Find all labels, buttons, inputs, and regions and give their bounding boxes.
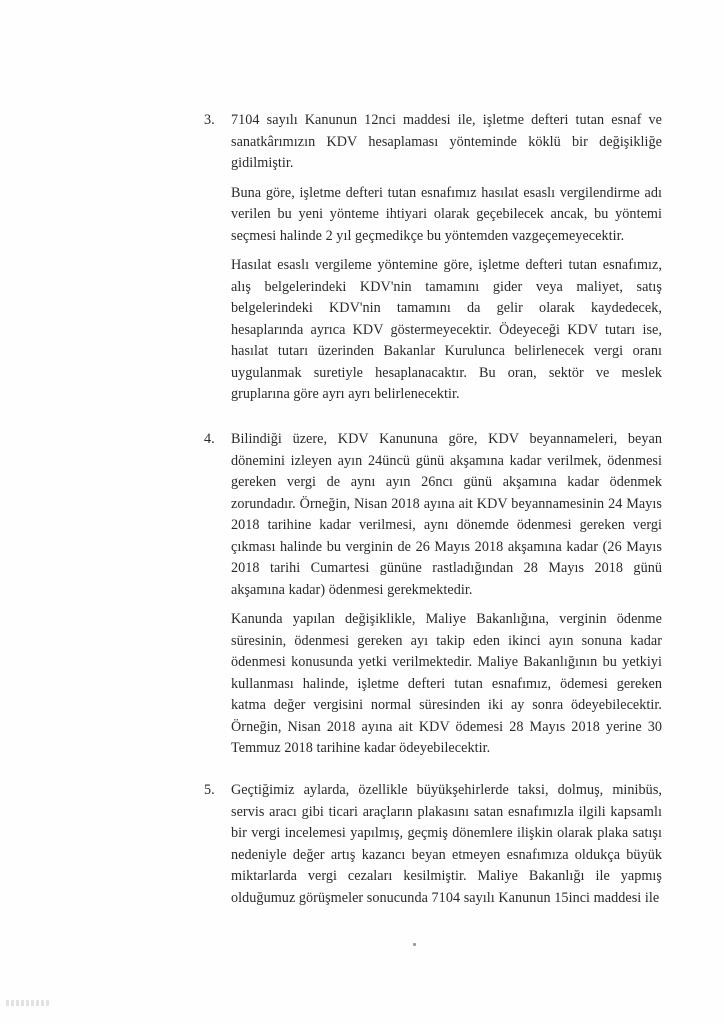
item-number: 5. <box>204 780 215 802</box>
paragraph: Kanunda yapılan değişiklikle, Maliye Bak… <box>231 609 662 760</box>
paragraph: Buna göre, işletme defteri tutan esnafım… <box>231 183 662 248</box>
item-number: 4. <box>204 429 215 451</box>
paragraph: Hasılat esaslı vergileme yöntemine göre,… <box>231 255 662 406</box>
scan-footer-mark <box>6 1000 50 1006</box>
paragraph: Geçtiğimiz aylarda, özellikle büyükşehir… <box>231 780 662 909</box>
paragraph: Bilindiği üzere, KDV Kanununa göre, KDV … <box>231 429 662 601</box>
paragraph: 7104 sayılı Kanunun 12nci maddesi ile, i… <box>231 110 662 175</box>
scan-speck <box>413 943 416 946</box>
item-number: 3. <box>204 110 215 132</box>
document-page: 3. 7104 sayılı Kanunun 12nci maddesi ile… <box>0 0 724 1024</box>
list-item-3: 3. 7104 sayılı Kanunun 12nci maddesi ile… <box>204 110 662 406</box>
list-item-4: 4. Bilindiği üzere, KDV Kanununa göre, K… <box>204 429 662 760</box>
list-item-5: 5. Geçtiğimiz aylarda, özellikle büyükşe… <box>204 780 662 909</box>
